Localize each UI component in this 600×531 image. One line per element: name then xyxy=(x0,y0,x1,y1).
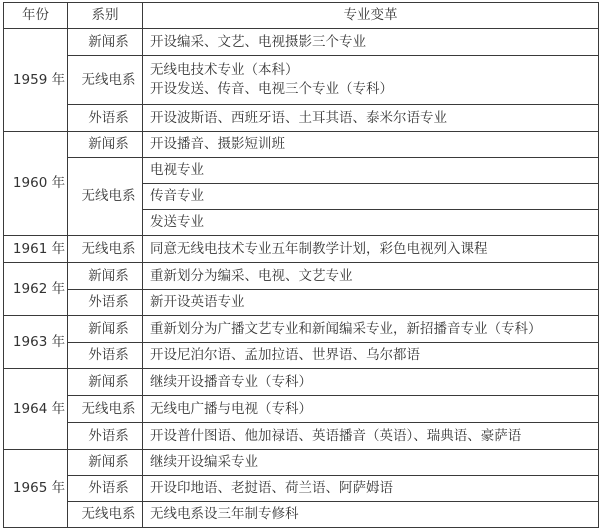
dept-cell: 无线电系 xyxy=(68,56,143,105)
year-cell-1960: 1960 年 xyxy=(4,132,68,236)
major-reform-table: 年份 系别 专业变革 1959 年 新闻系 开设编采、文艺、电视摄影三个专业 无… xyxy=(3,2,599,528)
year-cell-1961: 1961 年 xyxy=(4,236,68,263)
dept-cell: 外语系 xyxy=(68,476,143,502)
dept-cell: 新闻系 xyxy=(68,316,143,343)
change-cell: 重新划分为编采、电视、文艺专业 xyxy=(143,263,599,290)
year-cell-1964: 1964 年 xyxy=(4,369,68,450)
dept-cell: 新闻系 xyxy=(68,450,143,476)
table-row: 无线电系 无线电广播与电视（专科） xyxy=(4,396,599,423)
header-dept: 系别 xyxy=(68,3,143,29)
change-cell: 重新划分为广播文艺专业和新闻编采专业，新招播音专业（专科） xyxy=(143,316,599,343)
change-cell: 无线电技术专业（本科） 开设发送、传音、电视三个专业（专科） xyxy=(143,56,599,105)
change-cell: 开设尼泊尔语、孟加拉语、世界语、乌尔都语 xyxy=(143,343,599,369)
table-row: 1960 年 新闻系 开设播音、摄影短训班 xyxy=(4,132,599,158)
table-row: 1965 年 新闻系 继续开设编采专业 xyxy=(4,450,599,476)
change-cell: 继续开设编采专业 xyxy=(143,450,599,476)
header-change: 专业变革 xyxy=(143,3,599,29)
change-cell: 无线电系设三年制专修科 xyxy=(143,502,599,528)
dept-cell: 新闻系 xyxy=(68,132,143,158)
change-cell: 开设普什图语、他加禄语、英语播音（英语）、瑞典语、豪萨语 xyxy=(143,423,599,450)
table-row: 外语系 开设波斯语、西班牙语、土耳其语、泰米尔语专业 xyxy=(4,105,599,132)
dept-cell: 无线电系 xyxy=(68,236,143,263)
table-row: 1962 年 新闻系 重新划分为编采、电视、文艺专业 xyxy=(4,263,599,290)
dept-cell: 无线电系 xyxy=(68,502,143,528)
table-row: 外语系 开设印地语、老挝语、荷兰语、阿萨姆语 xyxy=(4,476,599,502)
year-cell-1962: 1962 年 xyxy=(4,263,68,316)
dept-cell: 新闻系 xyxy=(68,369,143,396)
change-cell: 无线电广播与电视（专科） xyxy=(143,396,599,423)
change-cell: 开设编采、文艺、电视摄影三个专业 xyxy=(143,29,599,56)
change-cell: 开设播音、摄影短训班 xyxy=(143,132,599,158)
change-line: 无线电技术专业（本科） xyxy=(150,61,598,80)
year-cell-1963: 1963 年 xyxy=(4,316,68,369)
table-row: 1961 年 无线电系 同意无线电技术专业五年制教学计划，彩色电视列入课程 xyxy=(4,236,599,263)
year-cell-1965: 1965 年 xyxy=(4,450,68,528)
table-row: 1964 年 新闻系 继续开设播音专业（专科） xyxy=(4,369,599,396)
dept-cell: 外语系 xyxy=(68,423,143,450)
dept-cell: 外语系 xyxy=(68,290,143,316)
header-year: 年份 xyxy=(4,3,68,29)
change-cell: 发送专业 xyxy=(143,210,599,236)
change-line: 开设发送、传音、电视三个专业（专科） xyxy=(150,80,598,99)
change-cell: 同意无线电技术专业五年制教学计划，彩色电视列入课程 xyxy=(143,236,599,263)
change-cell: 传音专业 xyxy=(143,184,599,210)
header-row: 年份 系别 专业变革 xyxy=(4,3,599,29)
change-cell: 继续开设播音专业（专科） xyxy=(143,369,599,396)
change-cell: 电视专业 xyxy=(143,158,599,184)
change-cell: 开设波斯语、西班牙语、土耳其语、泰米尔语专业 xyxy=(143,105,599,132)
dept-cell: 外语系 xyxy=(68,105,143,132)
table-row: 无线电系 无线电系设三年制专修科 xyxy=(4,502,599,528)
dept-cell: 无线电系 xyxy=(68,396,143,423)
change-cell: 新开设英语专业 xyxy=(143,290,599,316)
year-cell-1959: 1959 年 xyxy=(4,29,68,132)
dept-cell: 新闻系 xyxy=(68,263,143,290)
table-row: 外语系 开设尼泊尔语、孟加拉语、世界语、乌尔都语 xyxy=(4,343,599,369)
dept-cell: 外语系 xyxy=(68,343,143,369)
table-row: 外语系 开设普什图语、他加禄语、英语播音（英语）、瑞典语、豪萨语 xyxy=(4,423,599,450)
table-row: 1963 年 新闻系 重新划分为广播文艺专业和新闻编采专业，新招播音专业（专科） xyxy=(4,316,599,343)
dept-cell: 新闻系 xyxy=(68,29,143,56)
table-row: 无线电系 电视专业 xyxy=(4,158,599,184)
dept-cell: 无线电系 xyxy=(68,158,143,236)
change-cell: 开设印地语、老挝语、荷兰语、阿萨姆语 xyxy=(143,476,599,502)
table-row: 无线电系 无线电技术专业（本科） 开设发送、传音、电视三个专业（专科） xyxy=(4,56,599,105)
table-row: 外语系 新开设英语专业 xyxy=(4,290,599,316)
table-row: 1959 年 新闻系 开设编采、文艺、电视摄影三个专业 xyxy=(4,29,599,56)
